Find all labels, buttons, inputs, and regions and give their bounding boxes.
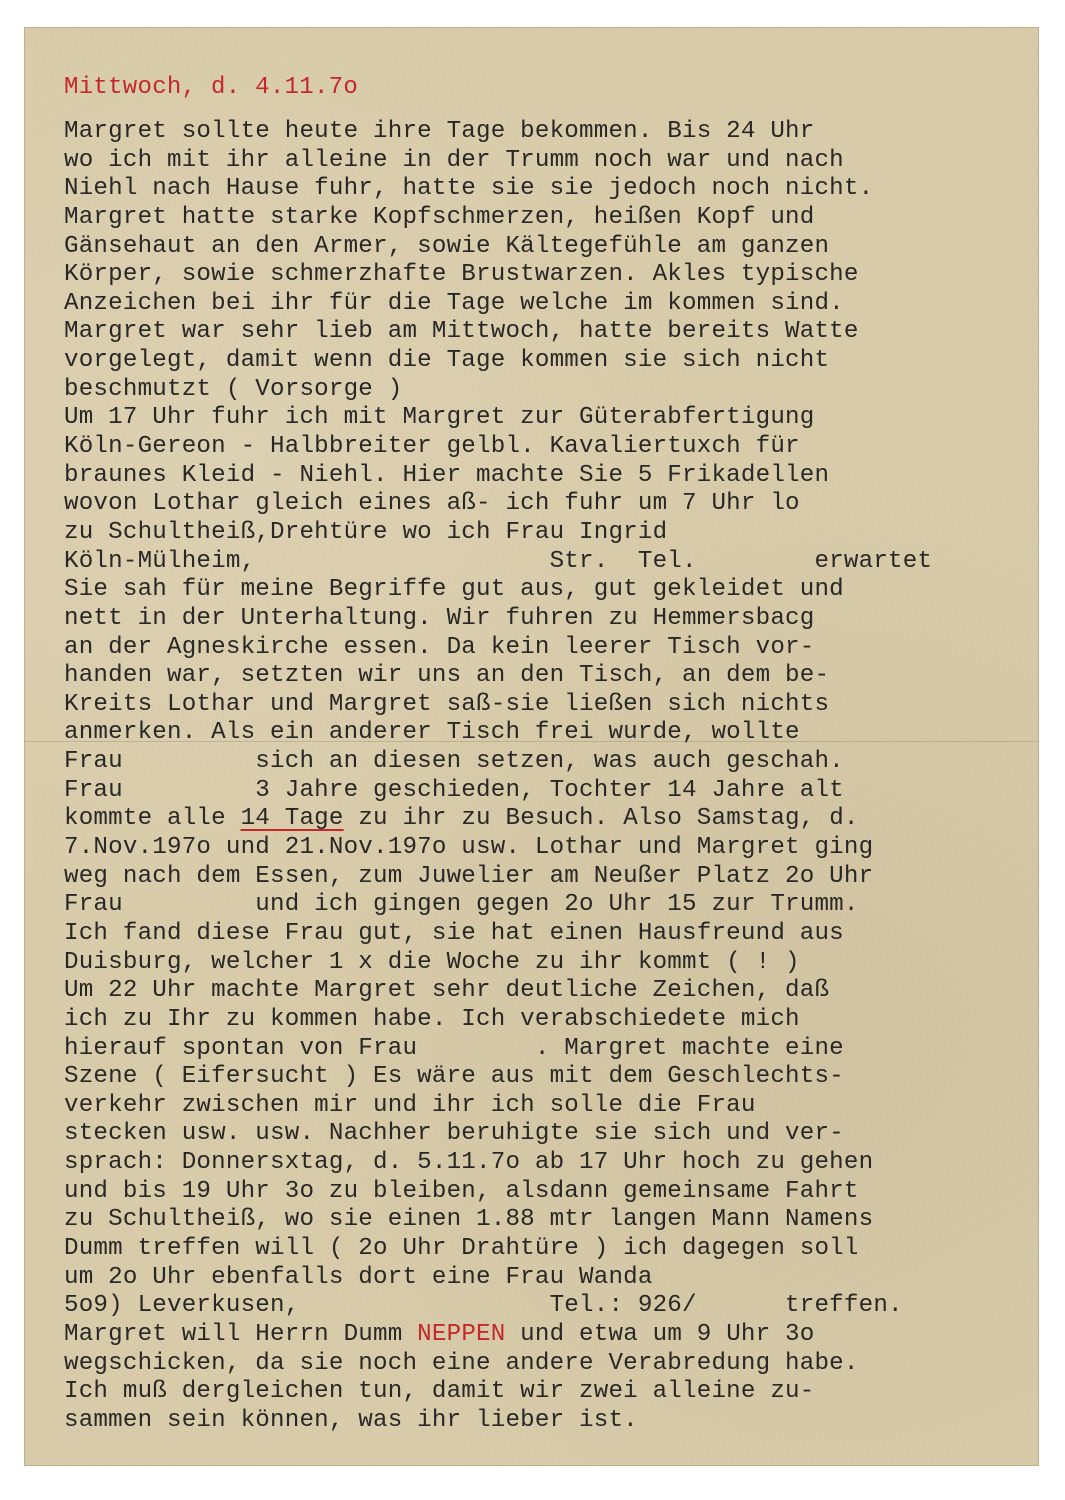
underlined-phrase: 14 Tage bbox=[241, 805, 344, 832]
text-line: Margret sollte heute ihre Tage bekommen.… bbox=[64, 118, 1044, 147]
text-line: beschmutzt ( Vorsorge ) bbox=[64, 376, 1044, 405]
text-line: Margret hatte starke Kopfschmerzen, heiß… bbox=[64, 204, 1044, 233]
text-segment: kommte alle bbox=[64, 805, 241, 832]
text-line: Köln-Mülheim, Str. Tel. erwartet bbox=[64, 548, 1044, 577]
text-line: Frau und ich gingen gegen 2o Uhr 15 zur … bbox=[64, 891, 1044, 920]
text-line: Margret war sehr lieb am Mittwoch, hatte… bbox=[64, 318, 1044, 347]
text-line: ich zu Ihr zu kommen habe. Ich verabschi… bbox=[64, 1006, 1044, 1035]
text-line: Szene ( Eifersucht ) Es wäre aus mit dem… bbox=[64, 1063, 1044, 1092]
text-line: Ich muß dergleichen tun, damit wir zwei … bbox=[64, 1378, 1044, 1407]
text-line: Um 22 Uhr machte Margret sehr deutliche … bbox=[64, 977, 1044, 1006]
text-line: weg nach dem Essen, zum Juwelier am Neuß… bbox=[64, 863, 1044, 892]
text-line: Anzeichen bei ihr für die Tage welche im… bbox=[64, 290, 1044, 319]
text-line: Duisburg, welcher 1 x die Woche zu ihr k… bbox=[64, 949, 1044, 978]
date-heading: Mittwoch, d. 4.11.7o bbox=[64, 74, 1044, 102]
text-line: sprach: Donnersxtag, d. 5.11.7o ab 17 Uh… bbox=[64, 1149, 1044, 1178]
text-line: wovon Lothar gleich eines aß- ich fuhr u… bbox=[64, 490, 1044, 519]
text-line: Kreits Lothar und Margret saß-sie ließen… bbox=[64, 691, 1044, 720]
text-line: 5o9) Leverkusen, Tel.: 926/ treffen. bbox=[64, 1292, 1044, 1321]
text-line: Frau 3 Jahre geschieden, Tochter 14 Jahr… bbox=[64, 777, 1044, 806]
text-line: hierauf spontan von Frau . Margret macht… bbox=[64, 1035, 1044, 1064]
text-line: Margret will Herrn Dumm NEPPEN und etwa … bbox=[64, 1321, 1044, 1350]
text-line: Ich fand diese Frau gut, sie hat einen H… bbox=[64, 920, 1044, 949]
text-line: nett in der Unterhaltung. Wir fuhren zu … bbox=[64, 605, 1044, 634]
text-line: stecken usw. usw. Nachher beruhigte sie … bbox=[64, 1120, 1044, 1149]
text-line: Frau sich an diesen setzen, was auch ges… bbox=[64, 748, 1044, 777]
text-line: Körper, sowie schmerzhafte Brustwarzen. … bbox=[64, 261, 1044, 290]
text-line: zu Schultheiß,Drehtüre wo ich Frau Ingri… bbox=[64, 519, 1044, 548]
text-line: vorgelegt, damit wenn die Tage kommen si… bbox=[64, 347, 1044, 376]
text-line: Gänsehaut an den Armer, sowie Kältegefüh… bbox=[64, 233, 1044, 262]
text-line: Dumm treffen will ( 2o Uhr Drahtüre ) ic… bbox=[64, 1235, 1044, 1264]
typewritten-page: Mittwoch, d. 4.11.7o Margret sollte heut… bbox=[24, 27, 1039, 1466]
text-line: sammen sein können, was ihr lieber ist. bbox=[64, 1407, 1044, 1436]
text-line: braunes Kleid - Niehl. Hier machte Sie 5… bbox=[64, 462, 1044, 491]
text-line: handen war, setzten wir uns an den Tisch… bbox=[64, 662, 1044, 691]
page-content: Mittwoch, d. 4.11.7o Margret sollte heut… bbox=[64, 74, 1044, 1435]
text-segment: und etwa um 9 Uhr 3o bbox=[505, 1321, 814, 1348]
text-line: kommte alle 14 Tage zu ihr zu Besuch. Al… bbox=[64, 805, 1044, 834]
text-line: wo ich mit ihr alleine in der Trumm noch… bbox=[64, 147, 1044, 176]
text-line: anmerken. Als ein anderer Tisch frei wur… bbox=[64, 719, 1044, 748]
text-line: Sie sah für meine Begriffe gut aus, gut … bbox=[64, 576, 1044, 605]
text-line: 7.Nov.197o und 21.Nov.197o usw. Lothar u… bbox=[64, 834, 1044, 863]
text-line: Um 17 Uhr fuhr ich mit Margret zur Güter… bbox=[64, 404, 1044, 433]
red-emphasis-word: NEPPEN bbox=[417, 1321, 505, 1348]
text-line: und bis 19 Uhr 3o zu bleiben, alsdann ge… bbox=[64, 1178, 1044, 1207]
text-line: Niehl nach Hause fuhr, hatte sie sie jed… bbox=[64, 175, 1044, 204]
text-line: um 2o Uhr ebenfalls dort eine Frau Wanda bbox=[64, 1264, 1044, 1293]
text-line: zu Schultheiß, wo sie einen 1.88 mtr lan… bbox=[64, 1206, 1044, 1235]
text-line: an der Agneskirche essen. Da kein leerer… bbox=[64, 634, 1044, 663]
text-segment: Margret will Herrn Dumm bbox=[64, 1321, 417, 1348]
text-line: Köln-Gereon - Halbbreiter gelbl. Kavalie… bbox=[64, 433, 1044, 462]
body-text: Margret sollte heute ihre Tage bekommen.… bbox=[64, 118, 1044, 1435]
text-segment: zu ihr zu Besuch. Also Samstag, d. bbox=[344, 805, 859, 832]
text-line: wegschicken, da sie noch eine andere Ver… bbox=[64, 1350, 1044, 1379]
text-line: verkehr zwischen mir und ihr ich solle d… bbox=[64, 1092, 1044, 1121]
